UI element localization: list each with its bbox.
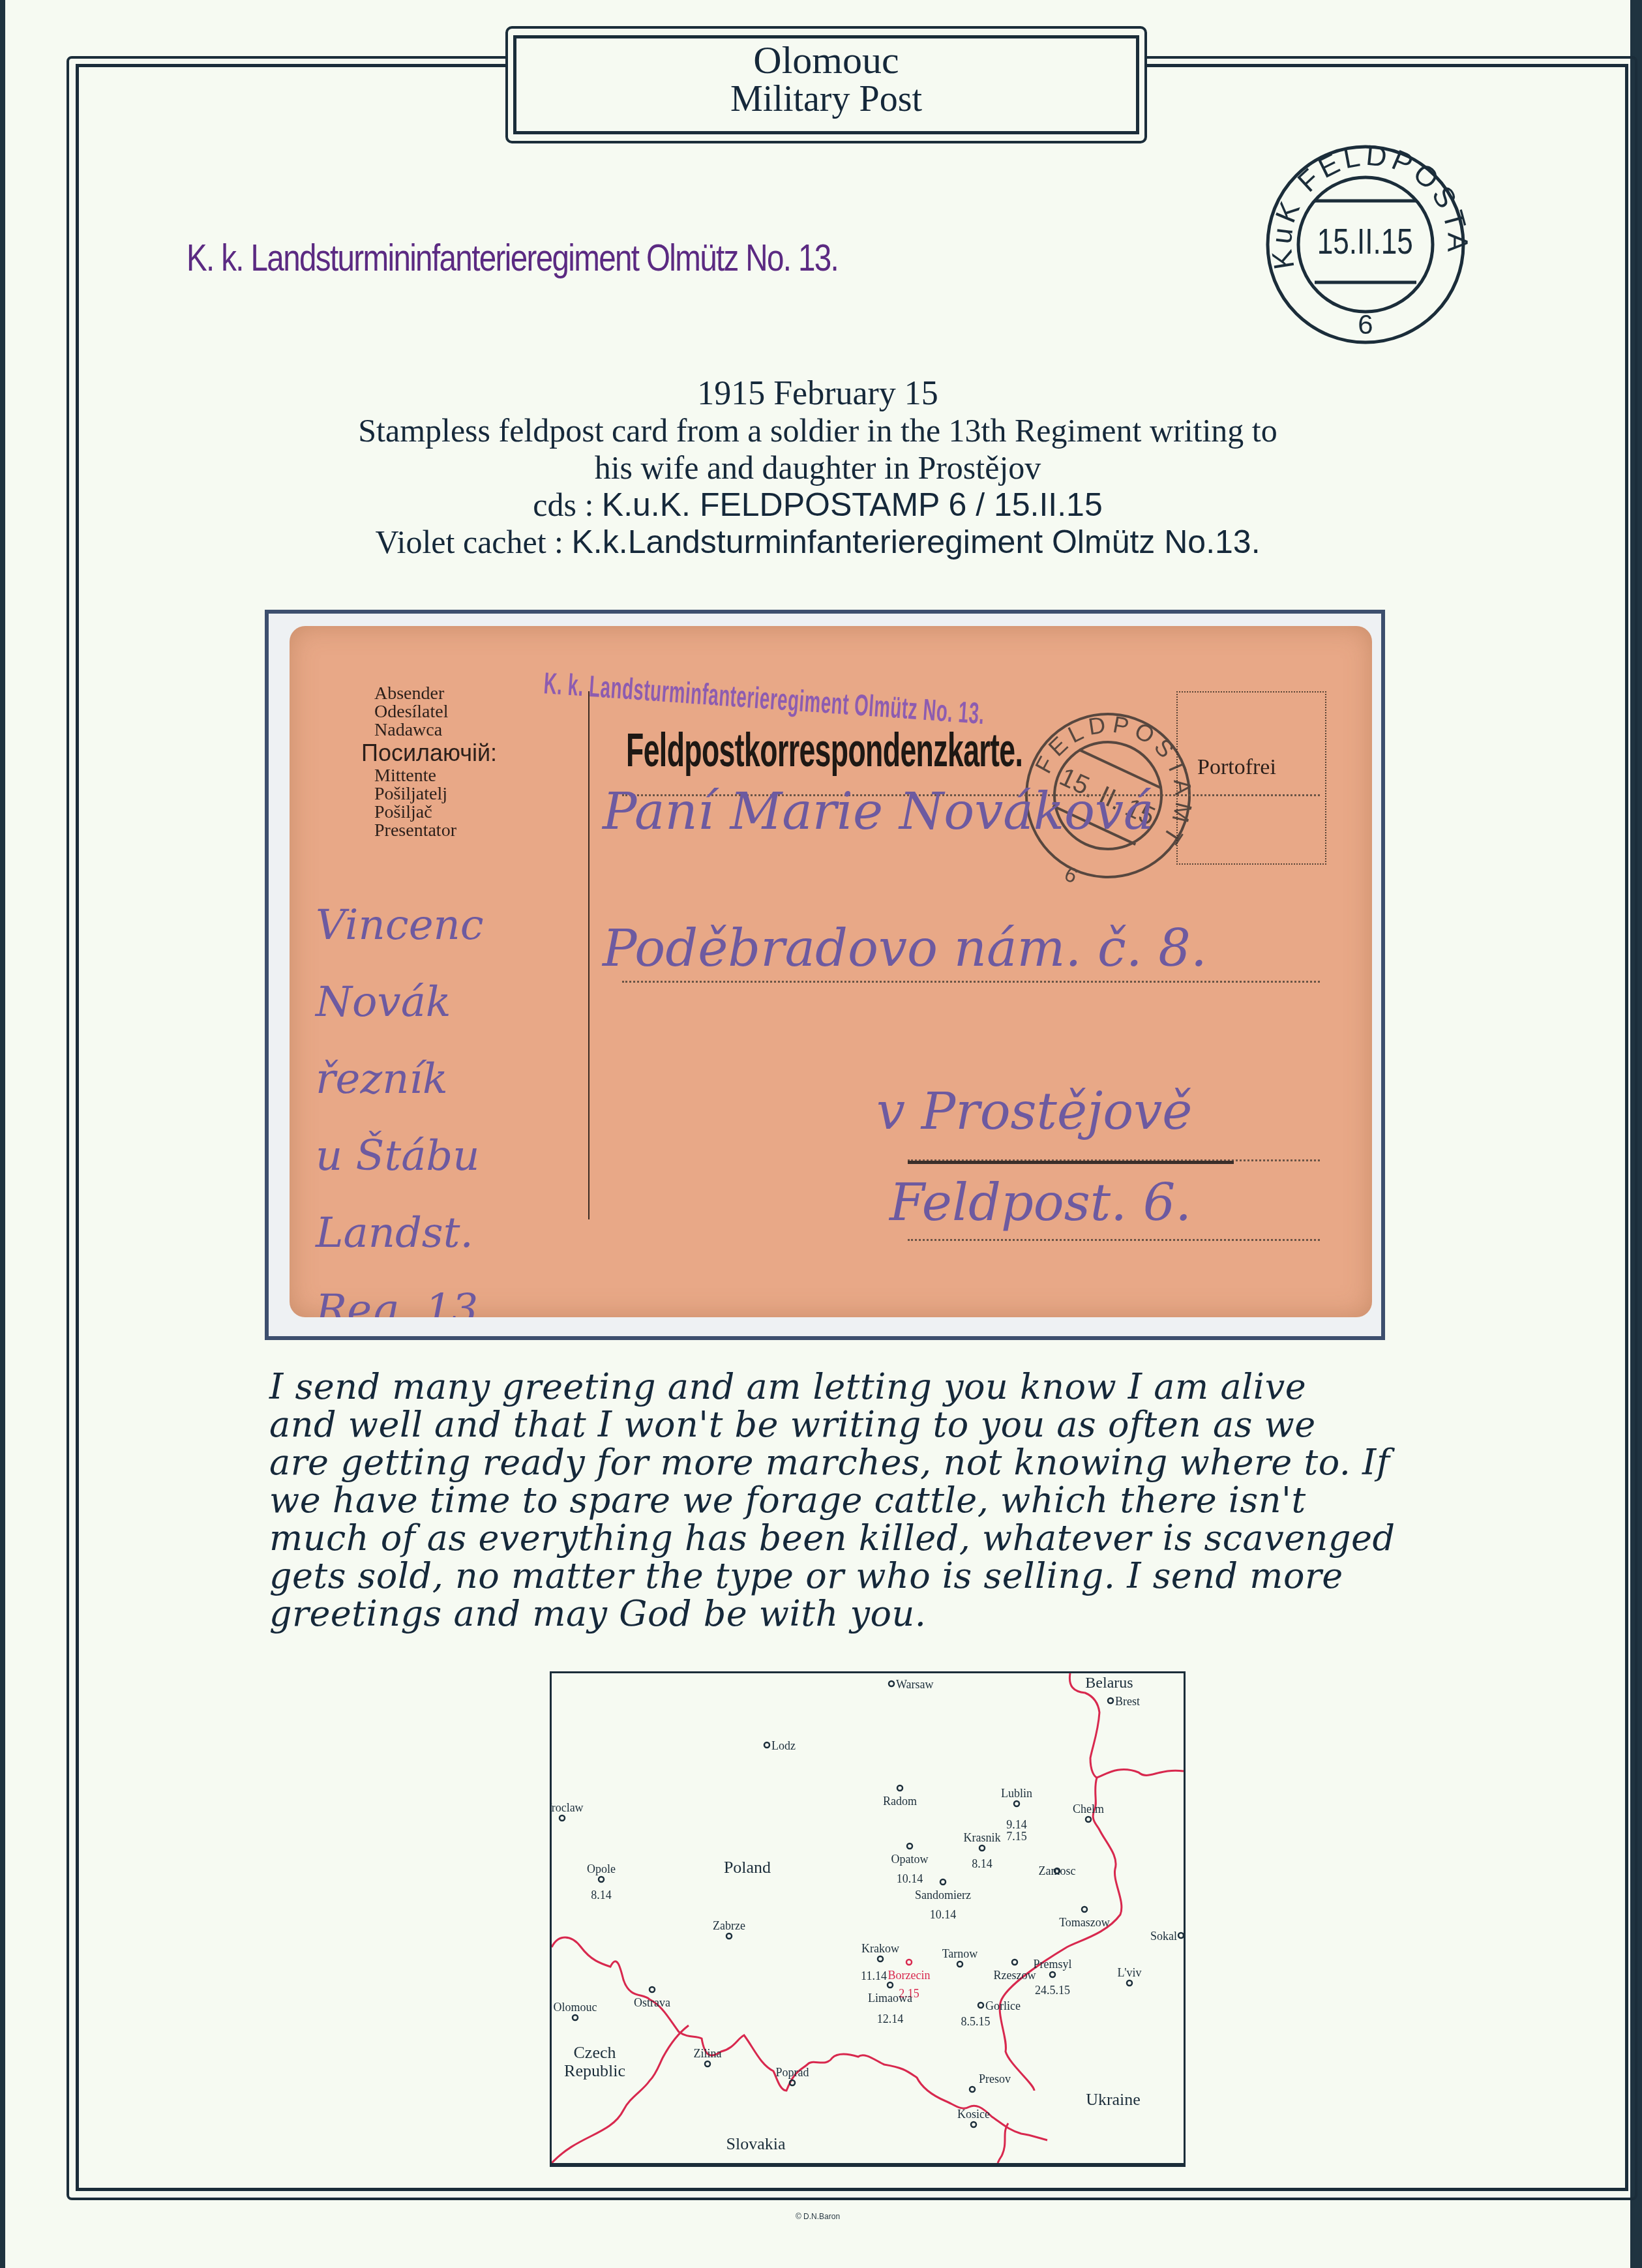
- svg-text:Slovakia: Slovakia: [726, 2134, 786, 2153]
- svg-text:Poland: Poland: [724, 1858, 771, 1877]
- svg-text:Ostrava: Ostrava: [634, 1996, 670, 2009]
- svg-text:24.5.15: 24.5.15: [1035, 1984, 1070, 1997]
- letter-line: greetings and may God be with you.: [269, 1595, 1404, 1633]
- card-violet-cachet: K. k. Landsturminfanterieregiment Olmütz…: [543, 665, 986, 731]
- letter-line: we have time to spare we forage cattle, …: [269, 1482, 1404, 1519]
- address-line: [622, 981, 1320, 983]
- svg-text:Tomaszow: Tomaszow: [1059, 1916, 1110, 1929]
- album-page: Olomouc Military Post K. k. Landsturmini…: [5, 0, 1630, 2268]
- cds-postmark-replica: KuK FELDPOSTAMT 15.II.15 6: [1255, 137, 1476, 346]
- svg-text:9.14: 9.14: [1006, 1818, 1027, 1831]
- address-town: v Prostějově: [876, 1082, 1193, 1141]
- address-line: [908, 1239, 1320, 1241]
- svg-text:Zabrze: Zabrze: [713, 1919, 745, 1932]
- sender-label: Pošiljatelj: [374, 785, 497, 803]
- svg-text:Krakow: Krakow: [861, 1942, 899, 1955]
- address-street: Poděbradovo nám. č. 8.: [603, 919, 1207, 978]
- cover-date: 1915 February 15: [5, 375, 1630, 412]
- svg-text:Ukraine: Ukraine: [1086, 2090, 1141, 2109]
- sender-label: Nadawca: [374, 721, 497, 739]
- svg-text:Czech: Czech: [574, 2043, 616, 2062]
- sender-label: Absender: [374, 685, 497, 703]
- sender-labels: AbsenderOdesílatelNadawcaПосилаючій:Mitt…: [374, 685, 497, 840]
- card-divider: [588, 691, 590, 1219]
- letter-line: gets sold, no matter the type or who is …: [269, 1557, 1404, 1595]
- svg-text:Presov: Presov: [979, 2072, 1011, 2085]
- sender-handwriting-line: Novák: [316, 964, 492, 1041]
- svg-text:Tarnow: Tarnow: [942, 1947, 978, 1960]
- svg-text:Limaowa: Limaowa: [868, 1992, 912, 2005]
- cachet-description: Violet cachet : K.k.Landsturminfanterier…: [5, 524, 1630, 561]
- page-subtitle: Military Post: [508, 78, 1144, 120]
- sender-label: Посилаючій:: [361, 739, 497, 767]
- sender-label: Pošiljač: [374, 803, 497, 822]
- sender-label: Odesílatel: [374, 703, 497, 721]
- feldpost-card: AbsenderOdesílatelNadawcaПосилаючій:Mitt…: [290, 626, 1372, 1317]
- svg-text:Zilina: Zilina: [694, 2047, 722, 2060]
- svg-text:Zamosc: Zamosc: [1039, 1864, 1076, 1877]
- violet-cachet-replica: K. k. Landsturmininfanterieregiment Olmü…: [187, 236, 838, 280]
- letter-line: are getting ready for more marches, not …: [269, 1444, 1404, 1482]
- svg-text:Belarus: Belarus: [1085, 1675, 1133, 1692]
- letter-line: and well and that I won't be writing to …: [269, 1406, 1404, 1444]
- sender-handwriting-line: Landst.: [316, 1195, 492, 1272]
- campaign-map: WarsawBrestLodzRadomLublin9.147.15ChelmW…: [550, 1671, 1186, 2167]
- cds-description: cds : K.u.K. FELDPOSTAMP 6 / 15.II.15: [5, 486, 1630, 524]
- svg-text:Republic: Republic: [564, 2061, 625, 2080]
- svg-text:Premsyl: Premsyl: [1033, 1958, 1071, 1971]
- svg-text:8.14: 8.14: [591, 1888, 612, 1902]
- svg-text:8.14: 8.14: [972, 1857, 993, 1870]
- sender-handwriting: VincencNovákřezníku ŠtábuLandst.Reg. 13.: [316, 887, 492, 1317]
- address-underline: [908, 1161, 1234, 1164]
- description-line: Stampless feldpost card from a soldier i…: [5, 412, 1630, 449]
- svg-text:10.14: 10.14: [930, 1908, 957, 1921]
- card-title: Feldpostkorrespondenzkarte.: [626, 724, 1023, 777]
- svg-text:Lodz: Lodz: [771, 1739, 796, 1752]
- address-feldpost: Feldpost. 6.: [889, 1174, 1191, 1232]
- svg-text:Sokal: Sokal: [1150, 1930, 1177, 1943]
- svg-text:Borzecin: Borzecin: [888, 1969, 931, 1982]
- svg-text:7.15: 7.15: [1006, 1830, 1027, 1843]
- svg-text:L'viv: L'viv: [1117, 1966, 1141, 1979]
- svg-text:12.14: 12.14: [877, 2012, 904, 2025]
- svg-text:10.14: 10.14: [897, 1872, 923, 1885]
- svg-text:Lublin: Lublin: [1001, 1787, 1032, 1800]
- svg-text:Kosice: Kosice: [957, 2108, 990, 2121]
- svg-text:8.5.15: 8.5.15: [961, 2015, 991, 2028]
- sender-label: Mittente: [374, 767, 497, 785]
- letter-line: I send many greeting and am letting you …: [269, 1368, 1404, 1406]
- address-recipient: Paní Marie Nováková: [603, 783, 1154, 841]
- svg-text:Olomouc: Olomouc: [554, 2001, 597, 2014]
- page-title: Olomouc: [508, 38, 1144, 83]
- svg-text:Gorlice: Gorlice: [985, 1999, 1021, 2012]
- portofrei-label: Portofrei: [1197, 755, 1276, 780]
- svg-text:Sandomierz: Sandomierz: [915, 1888, 971, 1902]
- sender-handwriting-line: Reg. 13.: [316, 1272, 492, 1317]
- svg-text:Rzeszow: Rzeszow: [994, 1969, 1036, 1982]
- svg-text:Radom: Radom: [883, 1795, 917, 1808]
- sender-handwriting-line: řezník: [316, 1041, 492, 1118]
- letter-line: much of as everything has been killed, w…: [269, 1519, 1404, 1557]
- svg-text:Warsaw: Warsaw: [896, 1678, 934, 1691]
- svg-text:Opole: Opole: [587, 1862, 616, 1875]
- svg-text:Krasnik: Krasnik: [964, 1831, 1001, 1844]
- copyright: © D.N.Baron: [5, 2212, 1630, 2221]
- cover-description: 1915 February 15 Stampless feldpost card…: [5, 375, 1630, 561]
- svg-text:Wroclaw: Wroclaw: [552, 1801, 584, 1814]
- description-line: his wife and daughter in Prostějov: [5, 449, 1630, 486]
- svg-text:6: 6: [1358, 309, 1373, 340]
- sender-label: Presentator: [374, 822, 497, 840]
- sender-handwriting-line: Vincenc: [316, 887, 492, 964]
- title-box: Olomouc Military Post: [505, 26, 1147, 143]
- svg-text:Opatow: Opatow: [891, 1853, 929, 1866]
- svg-text:Chelm: Chelm: [1073, 1802, 1104, 1815]
- letter-translation: I send many greeting and am letting you …: [269, 1368, 1404, 1633]
- svg-text:15.II.15: 15.II.15: [1317, 222, 1413, 262]
- svg-text:11.14: 11.14: [861, 1969, 887, 1982]
- svg-text:Poprad: Poprad: [776, 2066, 809, 2079]
- sender-handwriting-line: u Štábu: [316, 1118, 492, 1195]
- svg-text:Brest: Brest: [1115, 1695, 1140, 1708]
